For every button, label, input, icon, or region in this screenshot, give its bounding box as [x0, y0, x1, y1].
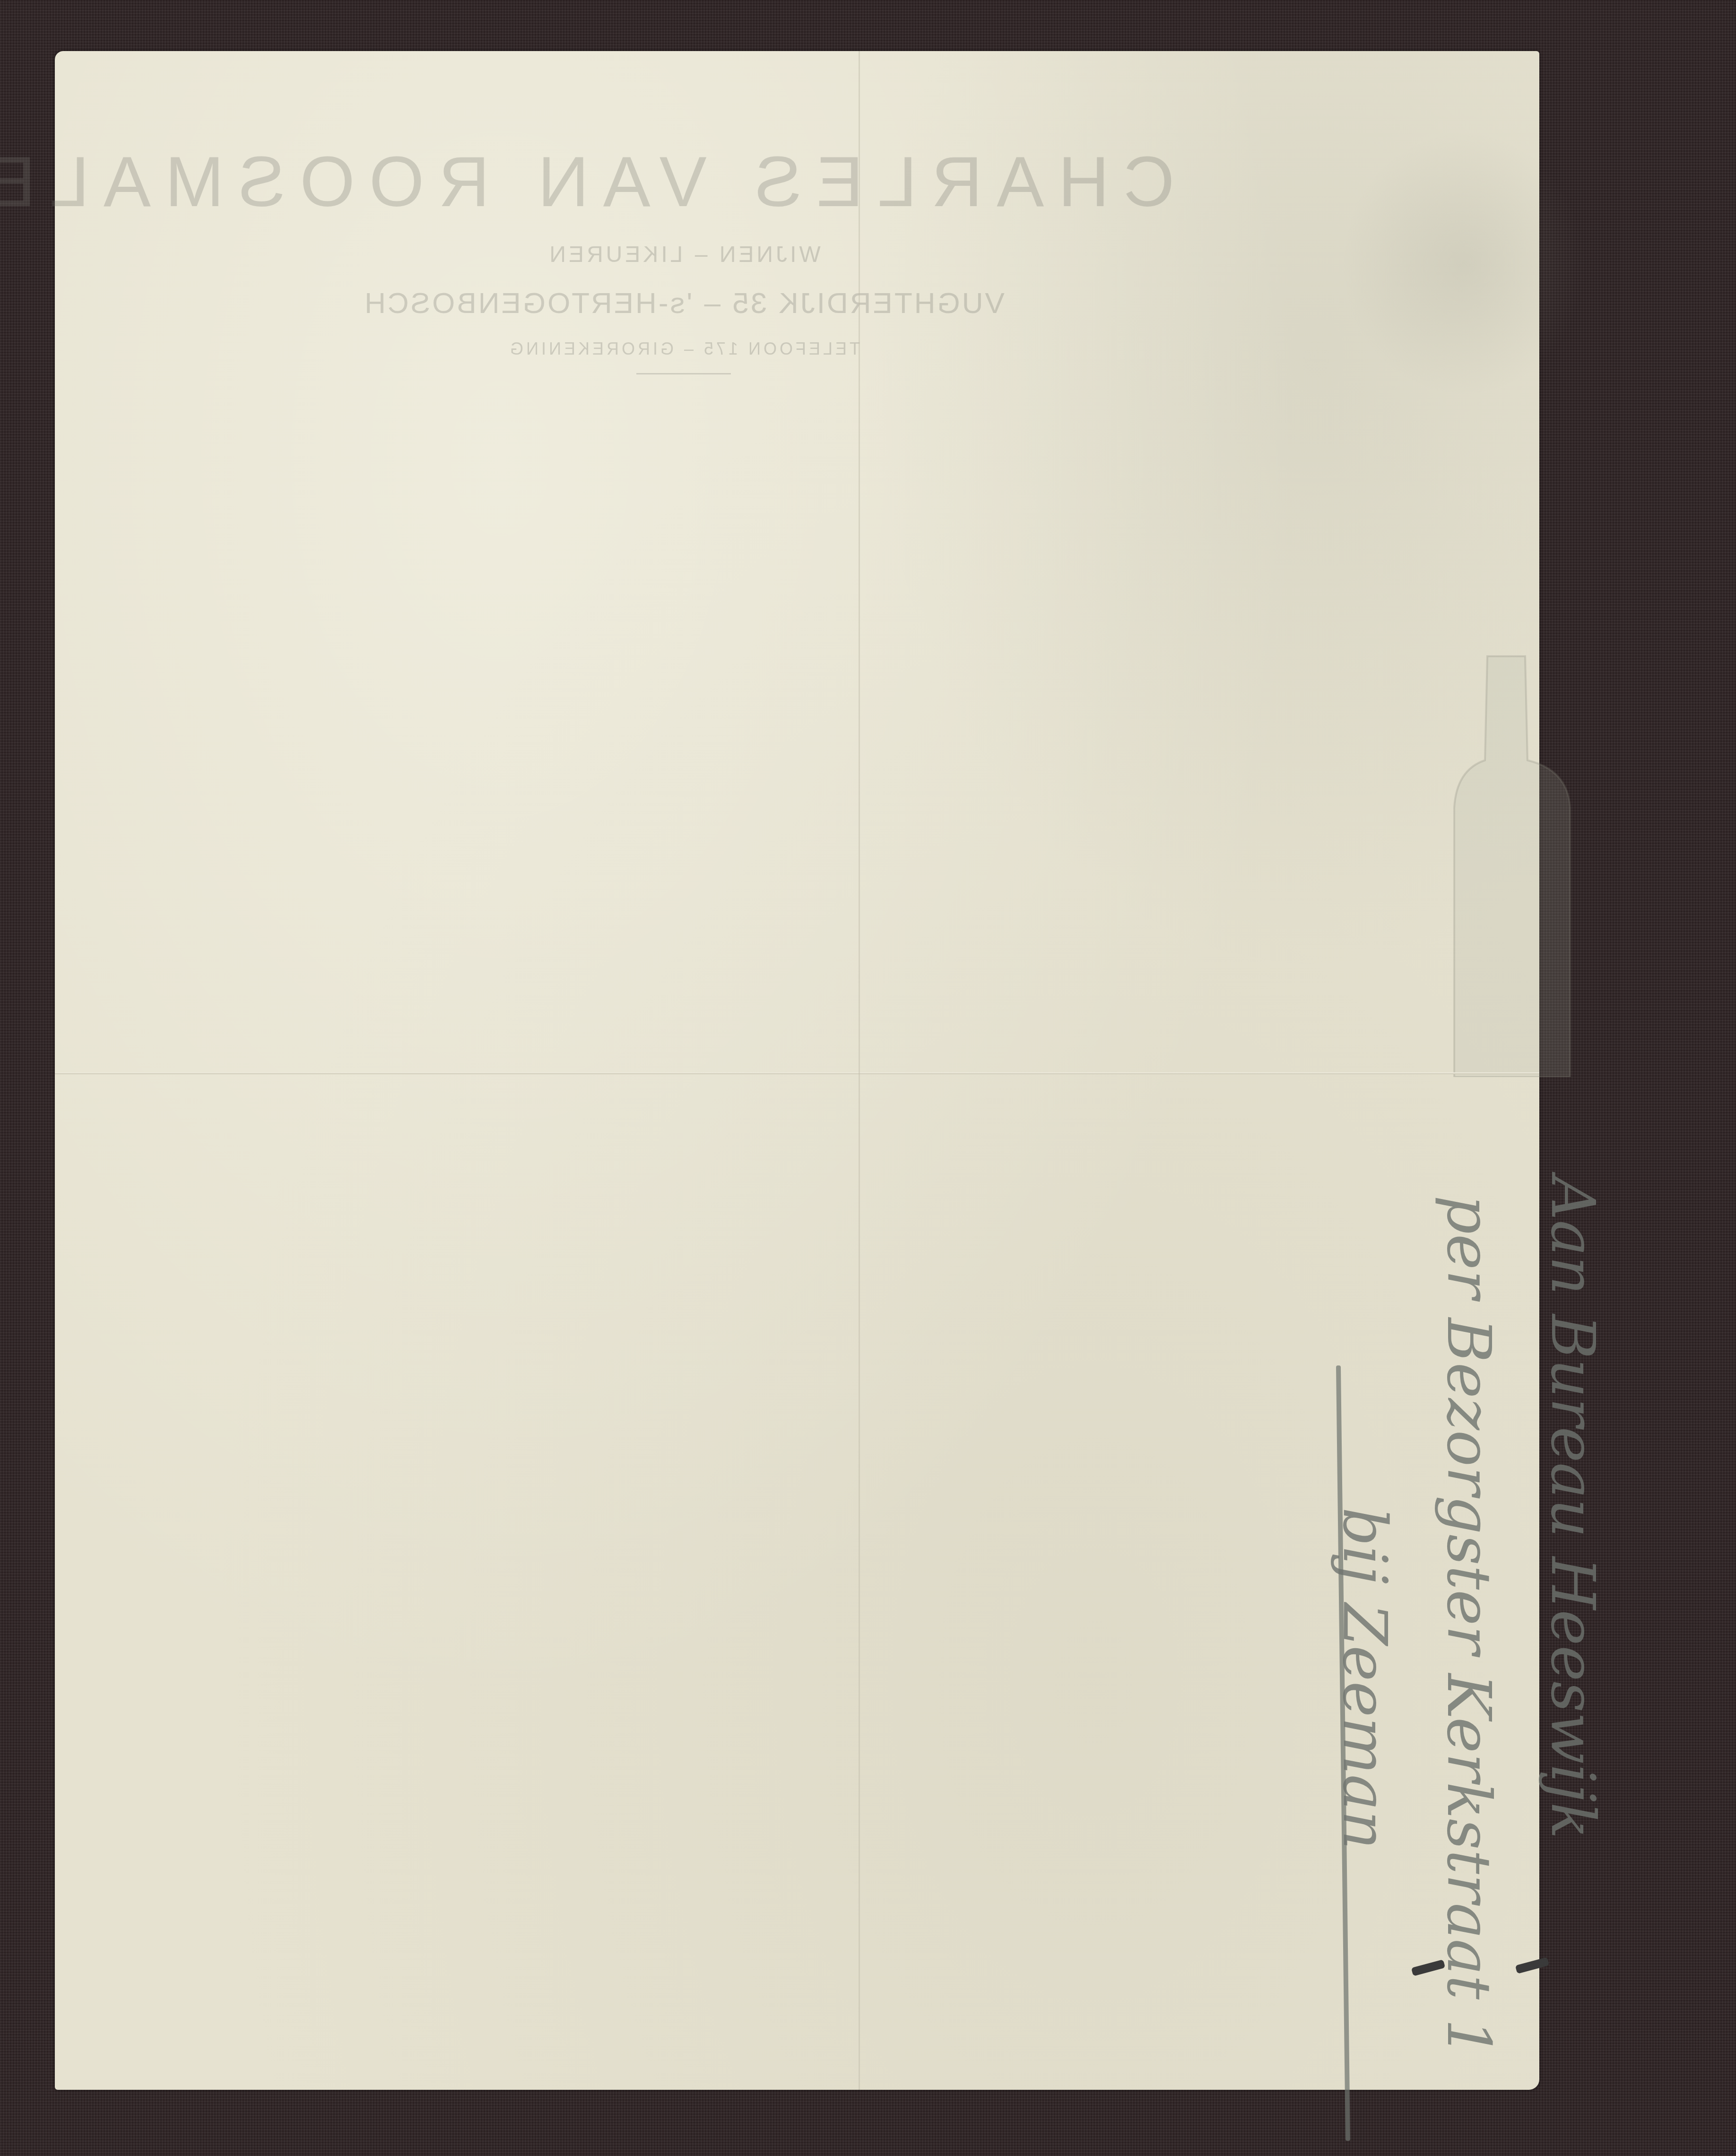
horizontal-fold-crease	[55, 1072, 1539, 1074]
vertical-fold-crease	[859, 51, 860, 2090]
letterhead-company: CHARLES VAN ROOSMALEN	[0, 141, 1284, 223]
annotation-line-1: Aan Bureau Heeswijk	[1520, 1176, 1624, 2113]
mirrored-letterhead: CHARLES VAN ROOSMALEN WIJNEN – LIKEUREN …	[55, 141, 1539, 374]
pencil-address-annotation: Aan Bureau Heeswijk per Bezorgster Kerks…	[1341, 1176, 1624, 2113]
letterhead-line-phone: TELEFOON 175 – GIROREKENING	[0, 339, 1426, 359]
annotation-line-3: bij Zeeman	[1312, 1176, 1416, 2113]
bottle-illustration-show-through	[1450, 652, 1572, 1077]
letterhead-line-address: VUGHTERDIJK 35 – 's-HERTOGENBOSCH	[0, 287, 1426, 320]
letterhead-rule	[636, 373, 731, 374]
letter-sheet: CHARLES VAN ROOSMALEN WIJNEN – LIKEUREN …	[55, 51, 1539, 2090]
annotation-line-2: per Bezorgster Kerkstraat 1	[1416, 1176, 1520, 2113]
letterhead-line-products: WIJNEN – LIKEUREN	[0, 242, 1426, 268]
